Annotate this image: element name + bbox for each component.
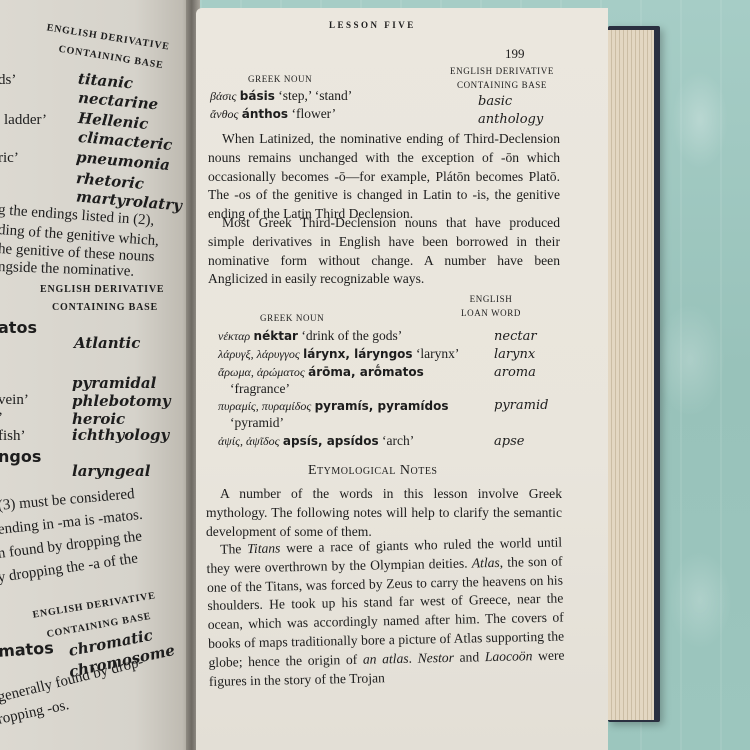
paragraph: A number of the words in this lesson inv… <box>206 485 562 541</box>
greek-word: νέκταρ <box>218 329 250 343</box>
italic-term: Nestor <box>417 650 454 666</box>
text-fragment: ’ <box>0 410 3 427</box>
transliteration: árōma, arṓmatos <box>308 365 424 379</box>
greek-word: λάρυγξ, λάρυγγος <box>218 347 300 361</box>
table-row: λάρυγξ, λάρυγγος lárynx, láryngos ‘laryn… <box>218 346 459 362</box>
derivative: ichthyology <box>72 426 169 444</box>
paragraph: The Titans were a race of giants who rul… <box>206 534 565 692</box>
column-header: CONTAINING BASE <box>52 302 158 313</box>
text-fragment: ladder’ <box>4 112 47 129</box>
italic-term: Laocoön <box>485 648 533 664</box>
transliteration: néktar <box>254 329 298 343</box>
derivative: Atlantic <box>74 334 140 352</box>
right-page: LESSON FIVE 199 GREEK NOUN ENGLISH DERIV… <box>196 8 608 750</box>
running-head: LESSON FIVE <box>329 20 416 30</box>
text-run: The <box>220 541 247 557</box>
derivative: pyramidal <box>72 374 156 392</box>
table-row: ἄρωμα, ἀρώματος árōma, arṓmatos <box>218 364 424 380</box>
column-header-english-loan-word: ENGLISH LOAN WORD <box>436 292 546 320</box>
loan-word: nectar <box>494 329 537 344</box>
gloss: ‘larynx’ <box>416 346 459 361</box>
table-row: ἀψίς, ἀψῖδος apsís, apsídos ‘arch’ <box>218 433 414 449</box>
loan-word: aroma <box>494 365 536 380</box>
greek-word: βάσις <box>210 89 236 103</box>
column-header-english-derivative: ENGLISH DERIVATIVE CONTAINING BASE <box>432 64 572 92</box>
left-page: ENGLISH DERIVATIVE CONTAINING BASE ds’ l… <box>0 0 192 750</box>
gloss: ‘step,’ ‘stand’ <box>278 88 352 103</box>
transliteration: lárynx, láryngos <box>303 347 412 361</box>
greek-word: ἀψίς, ἀψῖδος <box>218 434 280 448</box>
loan-word: apse <box>494 434 524 449</box>
table-row: πυραμίς, πυραμίδος pyramís, pyramídos <box>218 398 449 414</box>
text-fragment: vein’ <box>0 392 29 409</box>
body-text-line: ngside the nominative. <box>0 259 134 281</box>
gloss: ‘arch’ <box>382 433 414 448</box>
gloss: ‘pyramid’ <box>230 415 284 431</box>
transliteration: pyramís, pyramídos <box>315 399 449 413</box>
column-header-greek-noun: GREEK NOUN <box>248 72 312 86</box>
derivative: anthology <box>478 112 543 127</box>
section-title: Etymological Notes <box>308 463 438 479</box>
italic-term: Titans <box>247 540 281 556</box>
header-line: CONTAINING BASE <box>432 78 572 92</box>
text-fragment: fish’ <box>0 428 26 445</box>
bold-fragment: matos <box>0 638 54 661</box>
transliteration: ánthos <box>242 107 288 121</box>
paragraph: When Latinized, the nominative ending of… <box>208 130 560 224</box>
loan-word: larynx <box>494 347 535 362</box>
gloss: ‘fragrance’ <box>230 381 290 397</box>
italic-term: an atlas <box>363 651 409 667</box>
page-edges <box>604 30 654 720</box>
italic-term: Atlas <box>472 555 500 571</box>
bold-fragment: ngos <box>0 447 41 466</box>
text-run: . <box>408 650 417 665</box>
page-number: 199 <box>505 46 525 62</box>
transliteration: básis <box>240 89 275 103</box>
header-line: ENGLISH <box>436 292 546 306</box>
derivative: phlebotomy <box>72 392 171 410</box>
column-header: ENGLISH DERIVATIVE <box>40 284 164 295</box>
column-header-greek-noun: GREEK NOUN <box>260 311 324 325</box>
derivative: laryngeal <box>72 462 150 480</box>
derivative: basic <box>478 94 512 109</box>
paragraph: Most Greek Third-Declension nouns that h… <box>208 214 560 289</box>
transliteration: apsís, apsídos <box>283 434 379 448</box>
loan-word: pyramid <box>494 398 548 413</box>
header-line: ENGLISH DERIVATIVE <box>432 64 572 78</box>
greek-word: ἄνθος <box>210 107 238 121</box>
header-line: LOAN WORD <box>436 306 546 320</box>
table-row: βάσις básis ‘step,’ ‘stand’ <box>210 88 352 104</box>
text-fragment: ric’ <box>0 150 19 167</box>
table-row: νέκταρ néktar ‘drink of the gods’ <box>218 328 402 344</box>
text-run: and <box>454 649 485 665</box>
gloss: ‘drink of the gods’ <box>301 328 402 343</box>
greek-word: ἄρωμα, ἀρώματος <box>218 365 305 379</box>
gloss: ‘flower’ <box>291 106 336 121</box>
bold-fragment: atos <box>0 318 37 337</box>
text-fragment: ds’ <box>0 72 16 89</box>
greek-word: πυραμίς, πυραμίδος <box>218 399 311 413</box>
table-row: ἄνθος ánthos ‘flower’ <box>210 106 336 122</box>
